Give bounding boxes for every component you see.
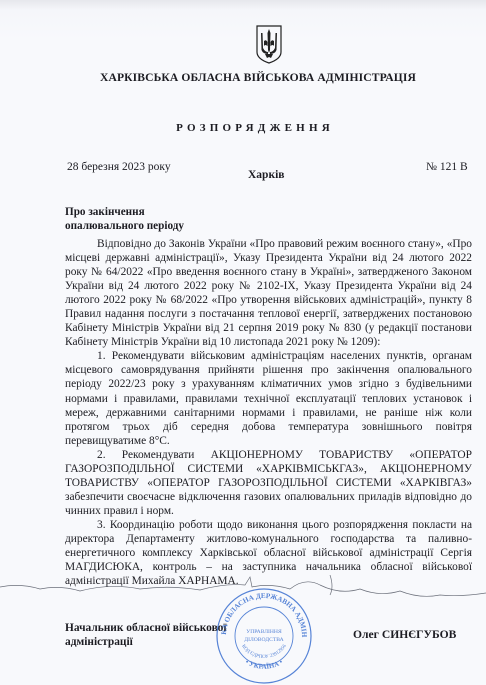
document-type-heading: РОЗПОРЯДЖЕННЯ <box>0 122 486 134</box>
subject-line-1: Про закінчення <box>65 205 184 219</box>
preamble-paragraph: Відповідно до Законів України «Про право… <box>65 237 472 349</box>
svg-text:ДІЛОВОДСТВА: ДІЛОВОДСТВА <box>244 637 283 643</box>
order-item-1: 1. Рекомендувати військовим адміністраці… <box>65 349 472 447</box>
position-line-1: Начальник обласної військової <box>65 621 227 635</box>
document-number: № 121 В <box>426 161 468 173</box>
position-line-2: адміністрації <box>65 635 227 649</box>
svg-text:УПРАВЛІННЯ: УПРАВЛІННЯ <box>246 629 282 635</box>
document-body: Відповідно до Законів України «Про право… <box>65 237 472 588</box>
document-date: 28 березня 2023 року <box>67 161 171 173</box>
document-subject: Про закінчення опалювального періоду <box>65 205 184 233</box>
document-city: Харків <box>248 169 284 181</box>
document-page: ХАРКІВСЬКА ОБЛАСНА ВІЙСЬКОВА АДМІНІСТРАЦ… <box>0 0 486 685</box>
official-stamp: ХАРКІВСЬКА ОБЛАСНА ДЕРЖАВНА АДМІНІСТРАЦІ… <box>214 586 314 685</box>
signatory-name: Олег СИНЄГУБОВ <box>353 628 456 641</box>
subject-line-2: опалювального періоду <box>65 219 184 233</box>
organization-title: ХАРКІВСЬКА ОБЛАСНА ВІЙСЬКОВА АДМІНІСТРАЦ… <box>0 71 486 84</box>
order-item-2: 2. Рекомендувати АКЦІОНЕРНОМУ ТОВАРИСТВУ… <box>65 448 472 518</box>
coat-of-arms-icon <box>255 24 283 64</box>
order-item-3: 3. Координацію роботи щодо виконання цьо… <box>65 518 472 588</box>
signatory-position: Начальник обласної військової адміністра… <box>65 621 227 649</box>
svg-text:КОД ЄДРПОУ 23912956: КОД ЄДРПОУ 23912956 <box>240 644 288 660</box>
